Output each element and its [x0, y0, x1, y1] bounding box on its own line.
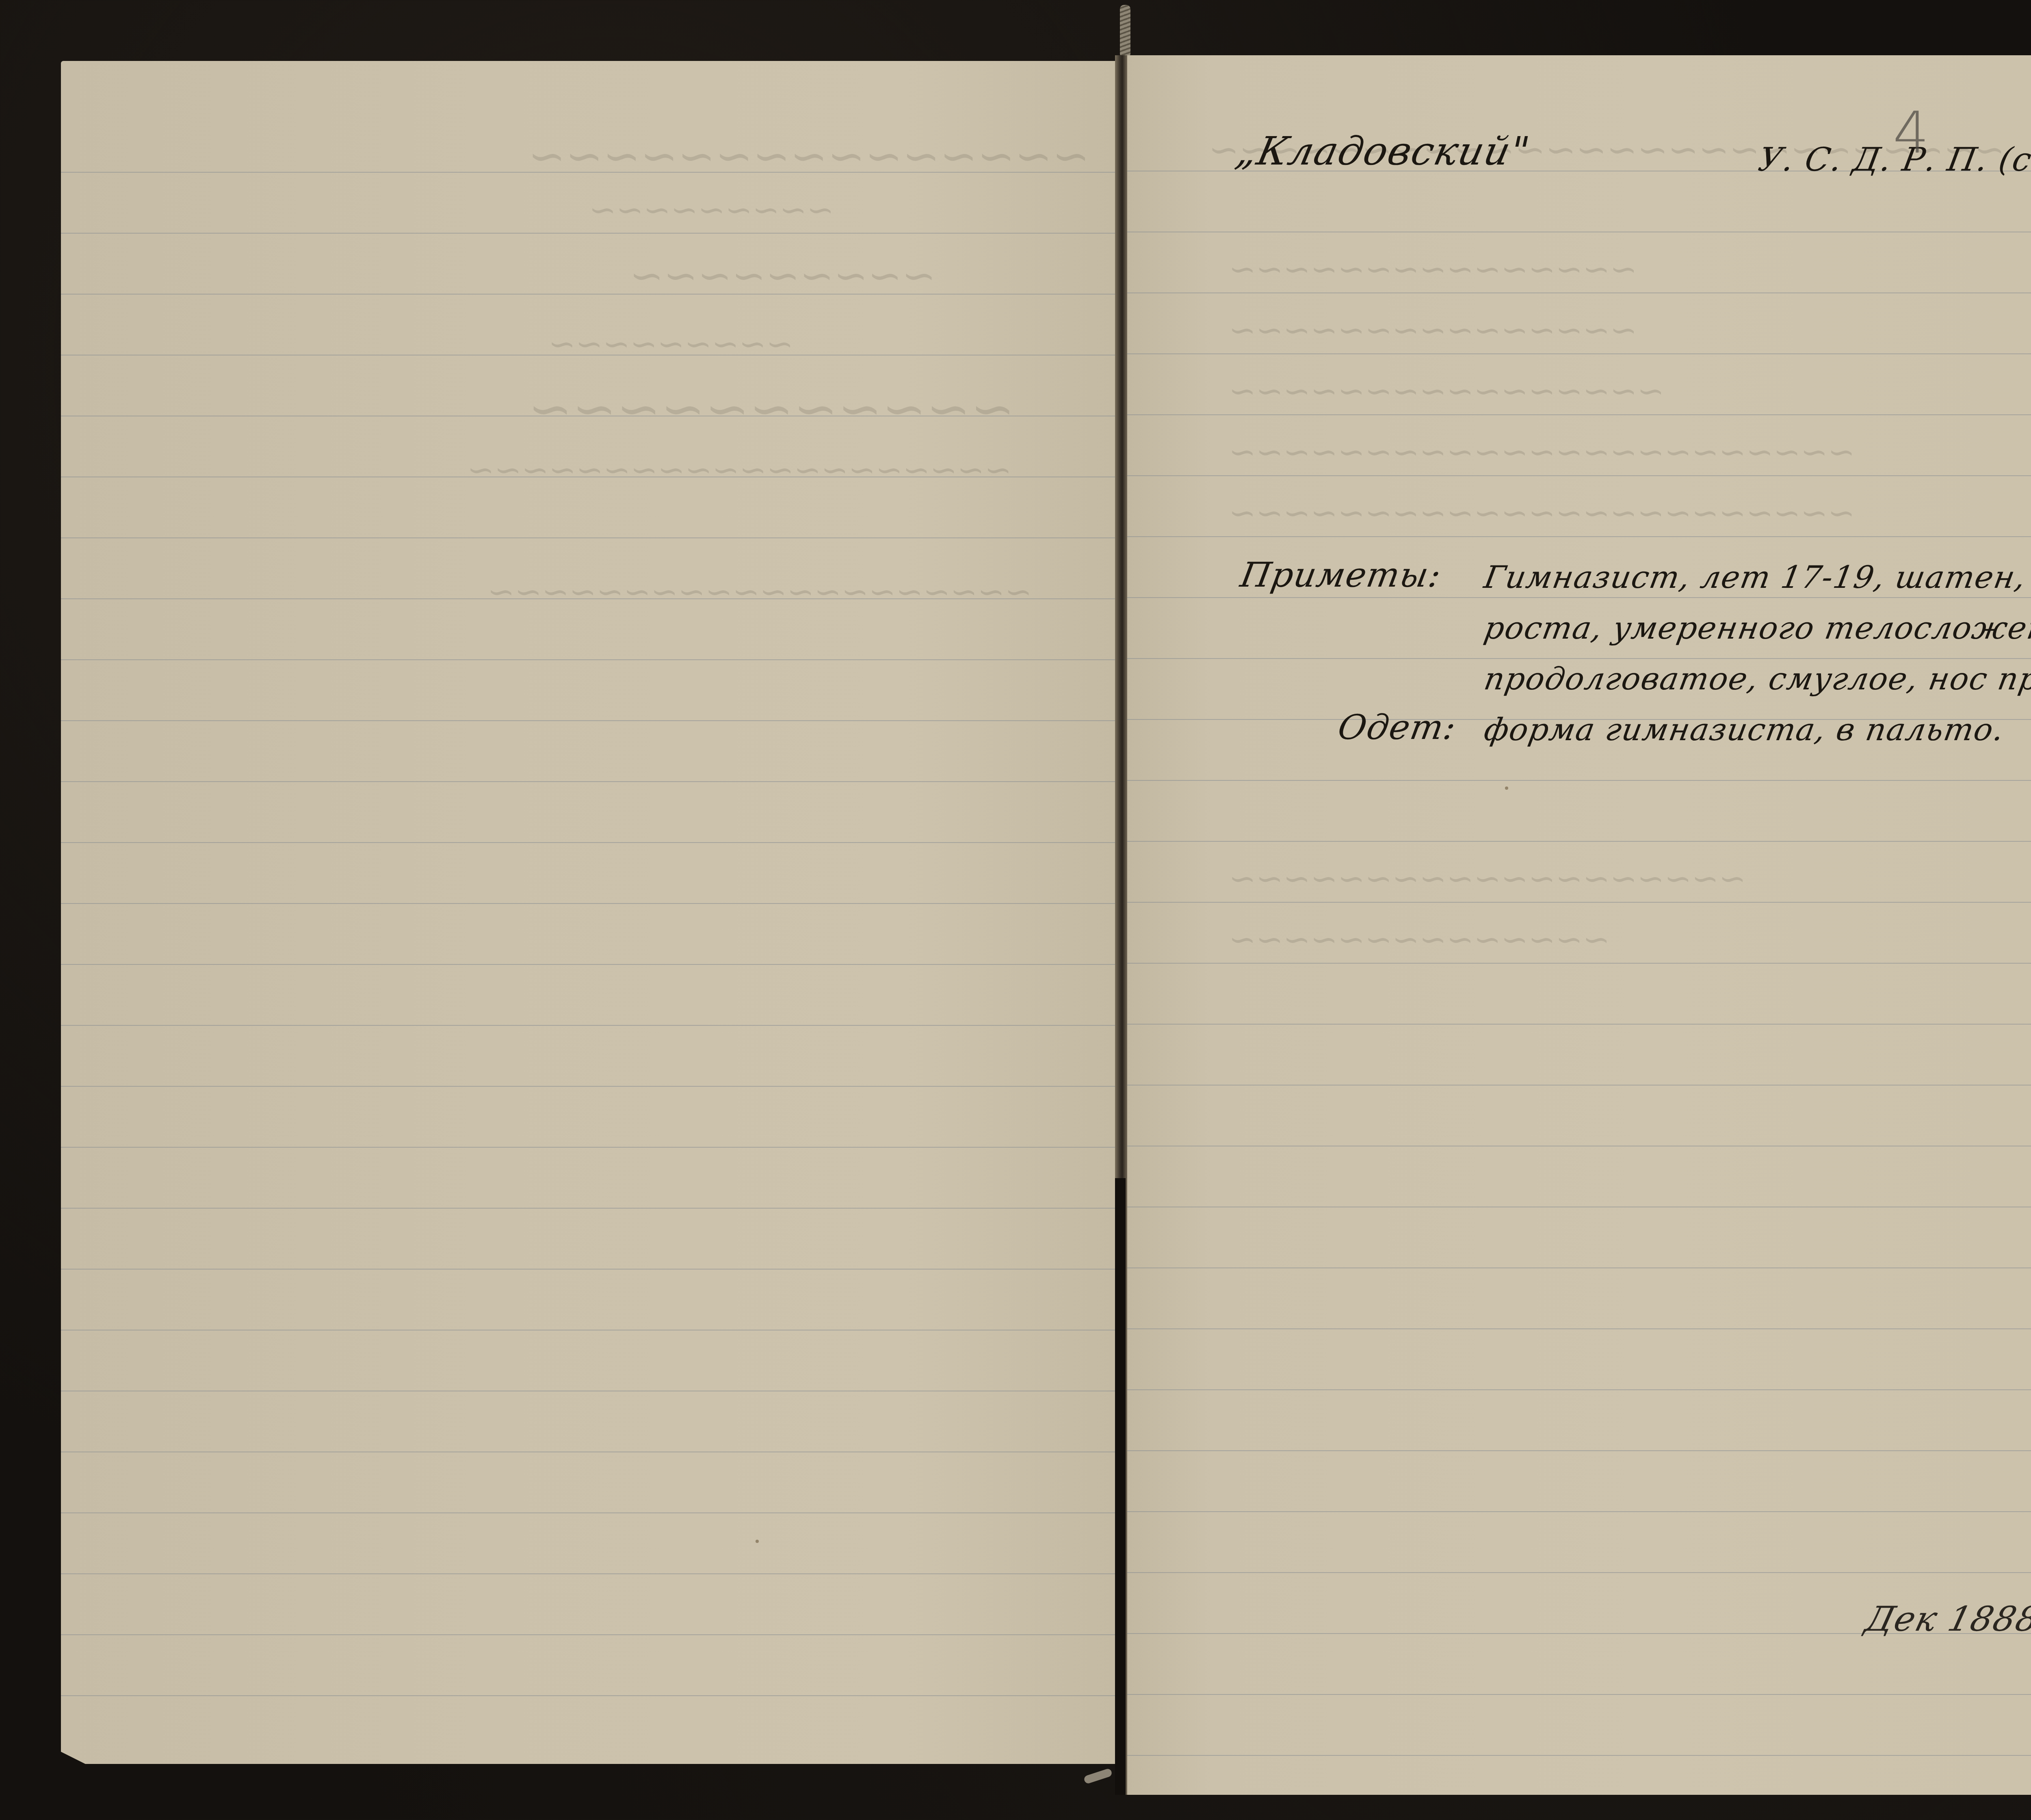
- ruled-line: [1127, 353, 2031, 354]
- features-line-2: роста, умеренного телосложения, лицо: [1481, 610, 2031, 646]
- features-line-1: Гимназист, лет 17-19, шатен, среднего: [1481, 559, 2031, 595]
- ruled-line: [1127, 1389, 2031, 1390]
- ruled-line: [61, 781, 1115, 782]
- ruled-line: [1127, 1146, 2031, 1146]
- ruled-line: [61, 1330, 1115, 1330]
- ruled-line: [61, 1147, 1115, 1148]
- ruled-line: [1127, 475, 2031, 476]
- bleed-through-text: ~~~~~~~~~: [589, 191, 834, 229]
- bleed-through-text: ~~~~~~~~~~~~~~~~~~~: [1229, 860, 1746, 897]
- ruled-line: [1127, 1024, 2031, 1025]
- ruled-line: [61, 1208, 1115, 1209]
- bleed-through-text: ~~~~~~~~~~~~~~: [1229, 921, 1610, 958]
- ruled-line: [1127, 232, 2031, 232]
- features-label: Приметы:: [1237, 555, 1444, 595]
- ruled-line: [61, 1452, 1115, 1452]
- ruled-line: [61, 1391, 1115, 1391]
- bleed-through-text: ~~~~~~~~~~~: [528, 378, 1015, 440]
- bleed-through-text: ~~~~~~~~~: [630, 252, 936, 299]
- ruled-line: [1127, 841, 2031, 842]
- ruled-line: [61, 659, 1115, 660]
- ruled-line: [1127, 1207, 2031, 1207]
- bleed-through-text: ~~~~~~~~~~~~~~~~~~~~: [467, 451, 1012, 489]
- ruled-line: [1127, 902, 2031, 903]
- ruled-line: [61, 903, 1115, 904]
- bleed-through-text: ~~~~~~~~~~~~~~~~~~~~~~~: [1229, 494, 1855, 532]
- ruled-line: [61, 1634, 1115, 1635]
- ruled-line: [61, 1025, 1115, 1026]
- right-page: ~~~~~~~~~~~~~~~~~~~~~~~~~~ ~~~~~~~~~~~~~…: [1127, 55, 2031, 1795]
- ruled-line: [1127, 1085, 2031, 1085]
- book-spine-gap: [1115, 1178, 1126, 1795]
- ruled-line: [1127, 1450, 2031, 1451]
- ruled-line: [1127, 1694, 2031, 1695]
- bleed-through-text: ~~~~~~~~~~~~~~~: [1229, 250, 1637, 288]
- ruled-line: [1127, 292, 2031, 293]
- ruled-line: [61, 1086, 1115, 1087]
- bleed-through-text: ~~~~~~~~~: [548, 325, 793, 363]
- ruled-line: [61, 964, 1115, 965]
- clothing-line: форма гимназиста, в пальто.: [1481, 711, 2007, 747]
- binding-thread-bottom: [1083, 1768, 1113, 1785]
- ruled-line: [1127, 597, 2031, 598]
- ruled-line: [1127, 536, 2031, 537]
- ruled-line: [61, 233, 1115, 234]
- ruled-line: [1127, 1755, 2031, 1756]
- ruled-line: [61, 1573, 1115, 1574]
- date-note: Дек 1888: [1862, 1599, 2031, 1639]
- ruled-line: [61, 720, 1115, 721]
- ruled-line: [1127, 414, 2031, 415]
- left-page: ~~~~~~~~~~~~~~~ ~~~~~~~~~ ~~~~~~~~~ ~~~~…: [61, 61, 1115, 1764]
- ruled-line: [61, 842, 1115, 843]
- clothing-label: Одет:: [1335, 707, 1459, 747]
- binding-thread-top: [1120, 5, 1130, 58]
- ruled-line: [1127, 780, 2031, 781]
- ruled-line: [61, 294, 1115, 295]
- ruled-line: [61, 1512, 1115, 1513]
- bleed-through-text: ~~~~~~~~~~~~~~~: [528, 130, 1090, 182]
- bleed-through-text: ~~~~~~~~~~~~~~~~: [1229, 372, 1665, 410]
- ruled-line: [61, 1695, 1115, 1696]
- ruled-line: [61, 1269, 1115, 1270]
- paper-spot: [756, 1540, 759, 1543]
- bleed-through-text: ~~~~~~~~~~~~~~~: [1229, 311, 1637, 349]
- pencil-folio-number: 4: [1893, 100, 1929, 166]
- bleed-through-text: ~~~~~~~~~~~~~~~~~~~~~~~: [1229, 433, 1855, 471]
- ruled-line: [1127, 1511, 2031, 1512]
- ink-blot: [1505, 786, 1508, 790]
- ruled-line: [1127, 1572, 2031, 1573]
- bleed-through-text: ~~~~~~~~~~~~~~~~~~~~: [487, 573, 1032, 611]
- ruled-line: [1127, 963, 2031, 964]
- subject-name: „Кладовский": [1232, 128, 1534, 174]
- ruled-line: [1127, 658, 2031, 659]
- ruled-line: [61, 537, 1115, 538]
- ruled-line: [1127, 1328, 2031, 1329]
- ruled-line: [1127, 1267, 2031, 1268]
- features-line-3: продолговатое, смуглое, нос прямой.: [1481, 661, 2031, 697]
